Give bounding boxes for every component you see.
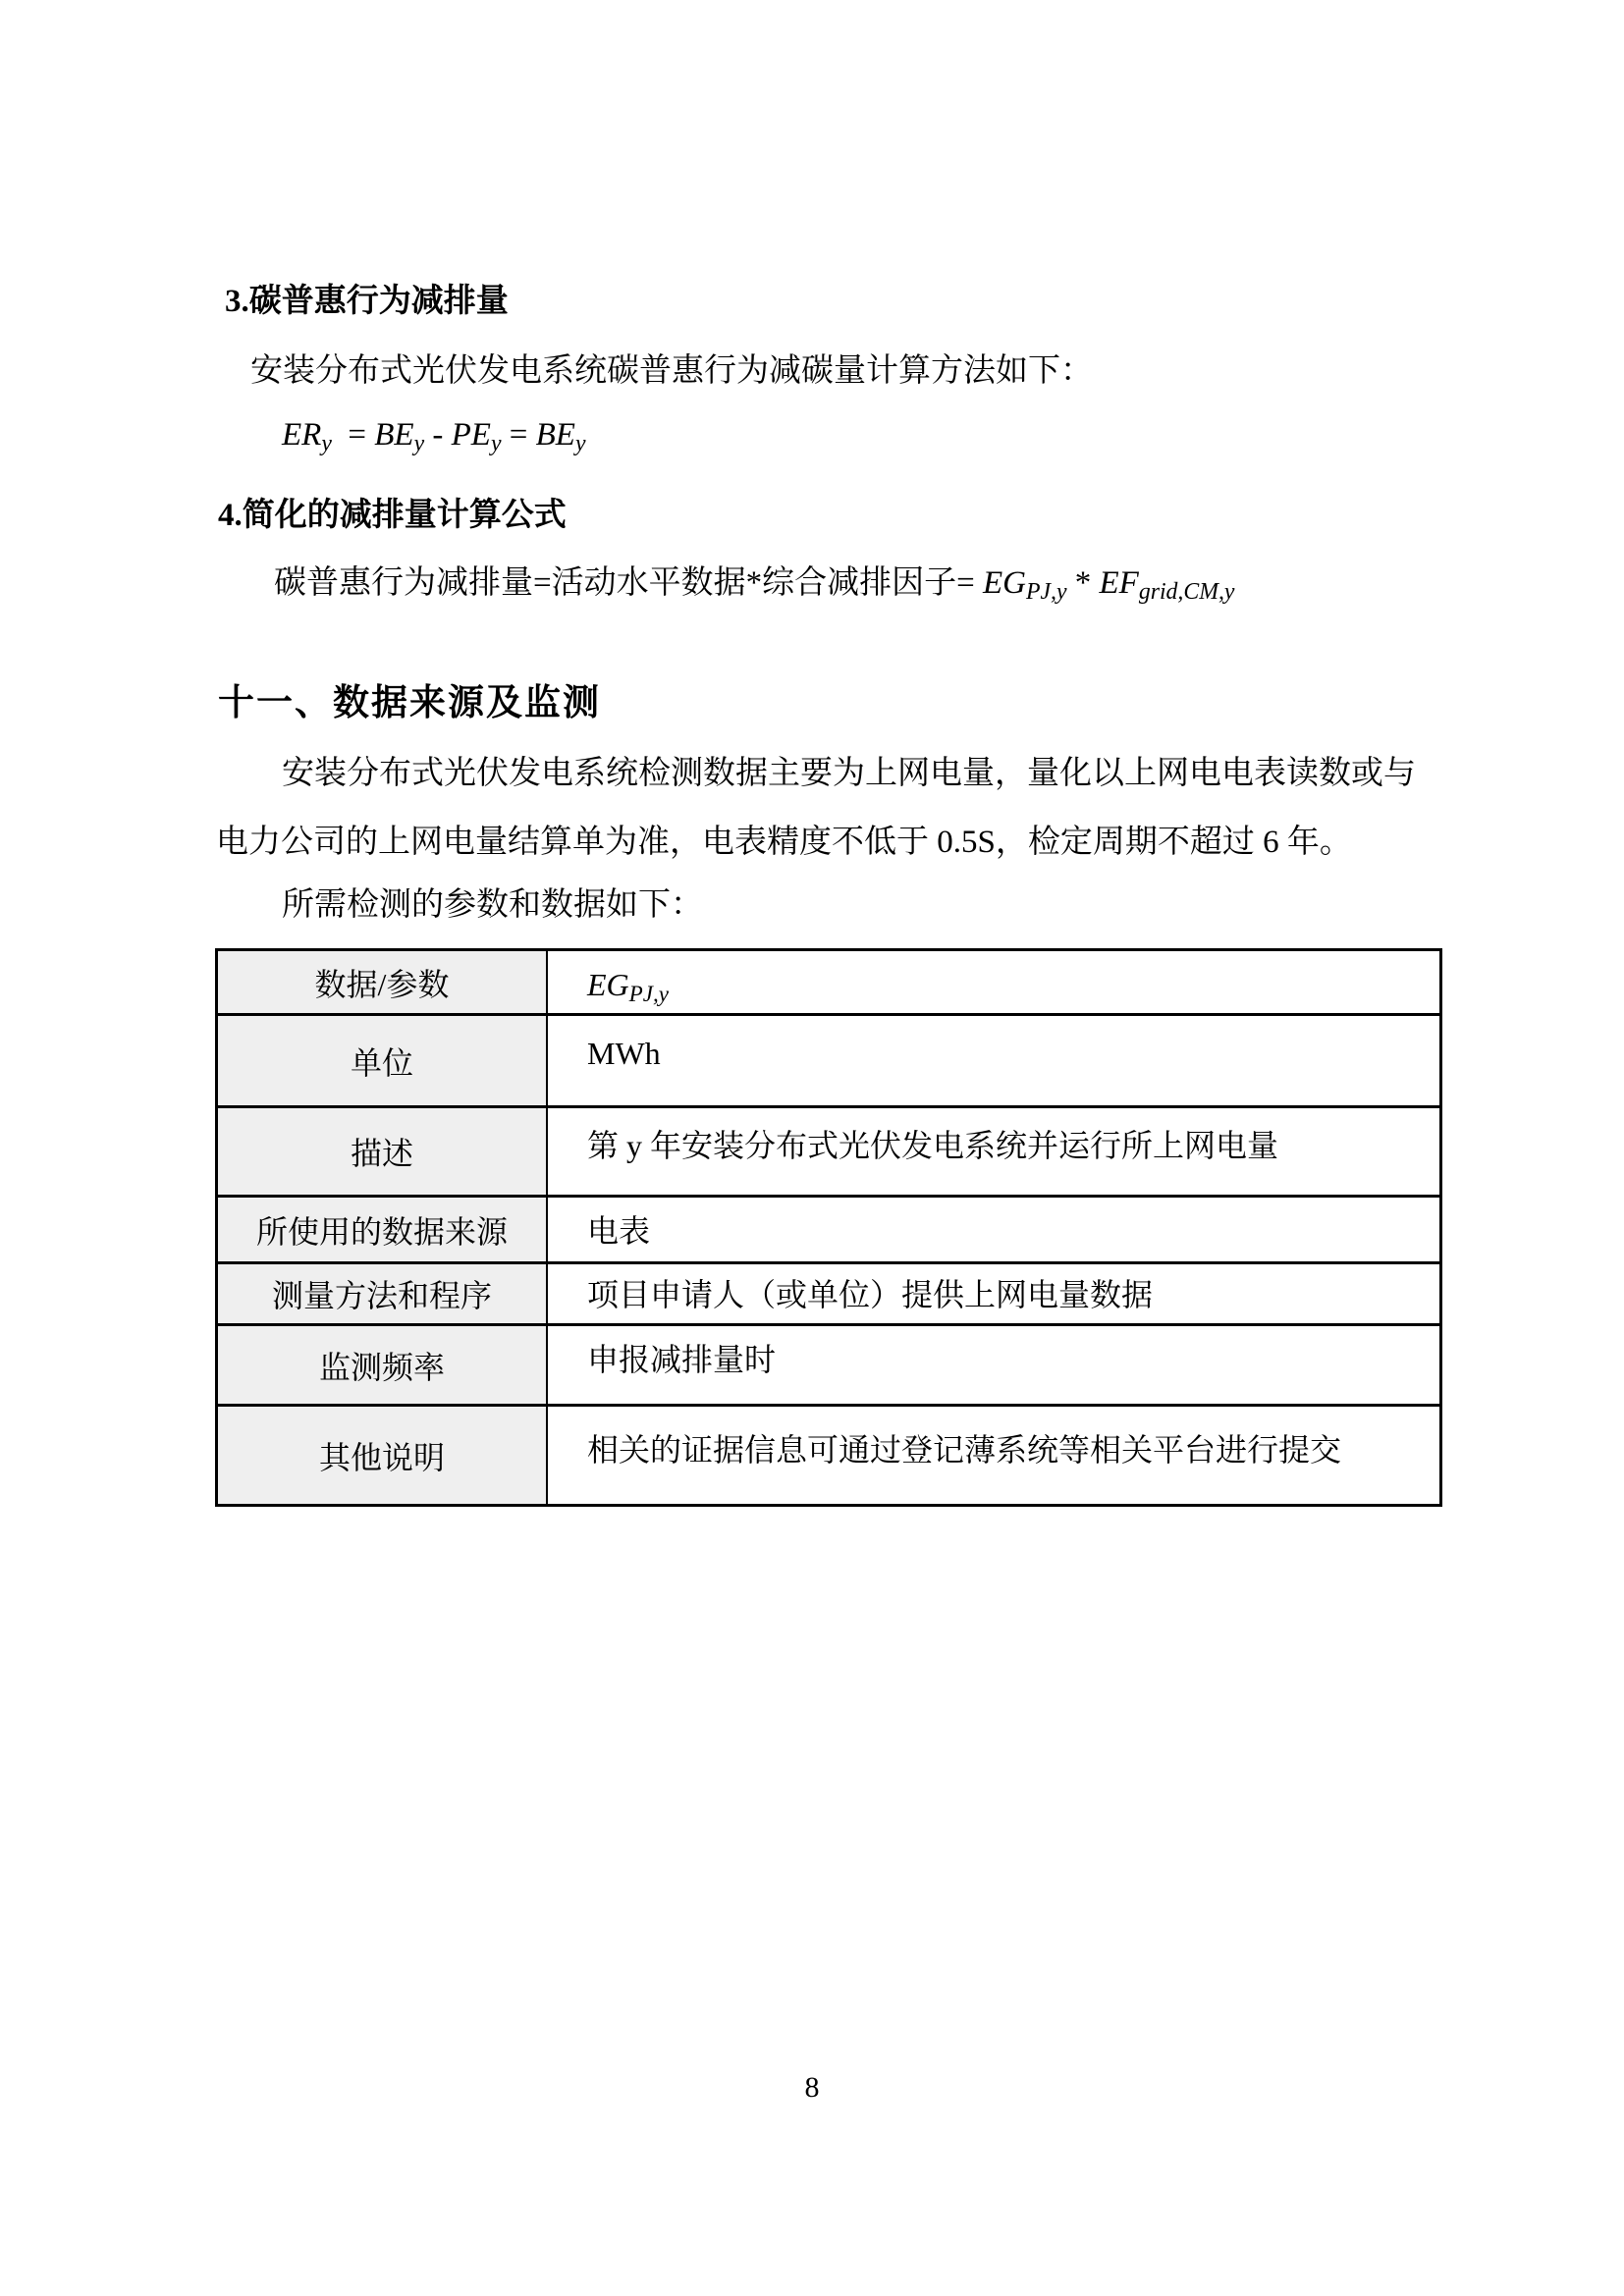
row-value-cell: 项目申请人（或单位）提供上网电量数据 (548, 1264, 1439, 1323)
row-label-cell: 其他说明 (218, 1407, 548, 1504)
table-row: 数据/参数 EGPJ,y (218, 951, 1439, 1016)
row-label-cell: 描述 (218, 1108, 548, 1195)
row-value-cell: EGPJ,y (548, 951, 1439, 1013)
section-4-heading: 4.简化的减排量计算公式 (218, 497, 567, 536)
section-3-heading: 3.碳普惠行为减排量 (225, 283, 509, 322)
monitoring-table: 数据/参数 EGPJ,y 单位 MWh 描述 第 y 年安装分布式光伏发电系统并… (215, 948, 1442, 1507)
formula-er: ERy = BEy - PEy = BEy (282, 415, 586, 455)
section-3-paragraph: 安装分布式光伏发电系统碳普惠行为减碳量计算方法如下： (250, 351, 1093, 392)
row-value-cell: MWh (548, 1016, 1439, 1105)
row-value-cell: 第 y 年安装分布式光伏发电系统并运行所上网电量 (548, 1108, 1439, 1195)
table-row: 测量方法和程序 项目申请人（或单位）提供上网电量数据 (218, 1264, 1439, 1326)
page-number: 8 (0, 2071, 1624, 2105)
row-value-cell: 电表 (548, 1198, 1439, 1261)
row-label-cell: 所使用的数据来源 (218, 1198, 548, 1261)
table-row: 所使用的数据来源 电表 (218, 1198, 1439, 1264)
row-label-cell: 测量方法和程序 (218, 1264, 548, 1323)
section-11-paragraph-line2: 电力公司的上网电量结算单为准，电表精度不低于 0.5S，检定周期不超过 6 年。 (216, 823, 1352, 863)
document-page: 3.碳普惠行为减排量 安装分布式光伏发电系统碳普惠行为减碳量计算方法如下： ER… (0, 0, 1624, 2296)
table-row: 其他说明 相关的证据信息可通过登记薄系统等相关平台进行提交 (218, 1407, 1439, 1504)
table-row: 监测频率 申报减排量时 (218, 1326, 1439, 1407)
formula-simplified: 碳普惠行为减排量=活动水平数据*综合减排因子= EGPJ,y * EFgrid,… (274, 563, 1234, 604)
section-11-note: 所需检测的参数和数据如下： (282, 885, 703, 926)
section-11-heading: 十一、数据来源及监测 (218, 681, 601, 724)
section-11-paragraph-line1: 安装分布式光伏发电系统检测数据主要为上网电量，量化以上网电电表读数或与 (282, 754, 1416, 794)
row-label-cell: 监测频率 (218, 1326, 548, 1404)
table-row: 单位 MWh (218, 1016, 1439, 1108)
row-value-cell: 申报减排量时 (548, 1326, 1439, 1404)
row-value-cell: 相关的证据信息可通过登记薄系统等相关平台进行提交 (548, 1407, 1439, 1504)
table-row: 描述 第 y 年安装分布式光伏发电系统并运行所上网电量 (218, 1108, 1439, 1198)
row-label-cell: 单位 (218, 1016, 548, 1105)
row-label-cell: 数据/参数 (218, 951, 548, 1013)
